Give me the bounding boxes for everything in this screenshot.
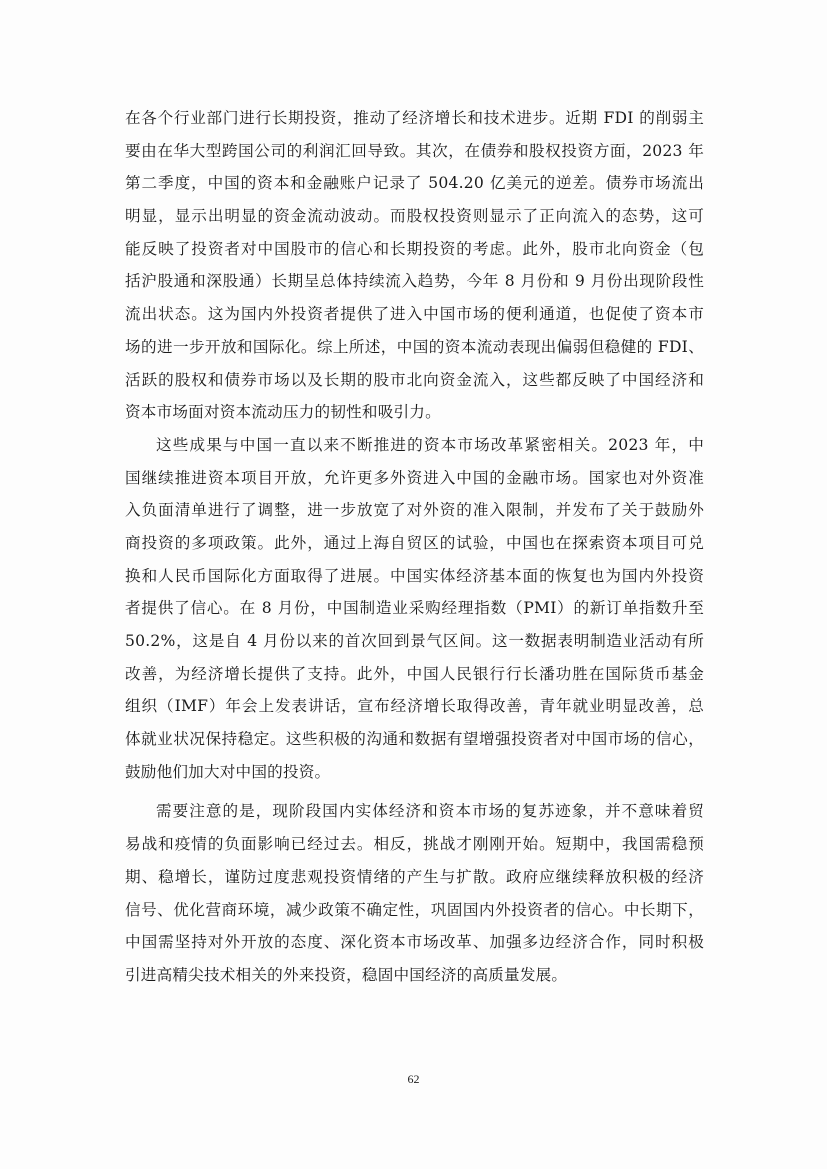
text-line: 者提供了信心。在 8 月份，中国制造业采购经理指数（PMI）的新订单指数升至 — [125, 592, 704, 625]
text-line: 场的进一步开放和国际化。综上所述，中国的资本流动表现出偏弱但稳健的 FDI、 — [125, 331, 704, 364]
text-line: 在各个行业部门进行长期投资，推动了经济增长和技术进步。近期 FDI 的削弱主 — [125, 102, 704, 135]
text-line: 入负面清单进行了调整，进一步放宽了对外资的准入限制，并发布了关于鼓励外 — [125, 494, 704, 527]
text-line: 改善，为经济增长提供了支持。此外，中国人民银行行长潘功胜在国际货币基金 — [125, 658, 704, 691]
text-line: 资本市场面对资本流动压力的韧性和吸引力。 — [125, 396, 704, 429]
text-line: 组织（IMF）年会上发表讲话，宣布经济增长取得改善，青年就业明显改善，总 — [125, 690, 704, 723]
text-line: 鼓励他们加大对中国的投资。 — [125, 756, 704, 789]
body-text: 在各个行业部门进行长期投资，推动了经济增长和技术进步。近期 FDI 的削弱主 要… — [125, 102, 704, 992]
text-line: 商投资的多项政策。此外，通过上海自贸区的试验，中国也在探索资本项目可兑 — [125, 527, 704, 560]
text-line: 信号、优化营商环境，减少政策不确定性，巩固国内外投资者的信心。中长期下， — [125, 894, 704, 927]
text-line: 换和人民币国际化方面取得了进展。中国实体经济基本面的恢复也为国内外投资 — [125, 560, 704, 593]
text-line: 能反映了投资者对中国股市的信心和长期投资的考虑。此外，股市北向资金（包 — [125, 233, 704, 266]
text-line: 第二季度，中国的资本和金融账户记录了 504.20 亿美元的逆差。债券市场流出 — [125, 167, 704, 200]
text-line: 活跃的股权和债券市场以及长期的股市北向资金流入，这些都反映了中国经济和 — [125, 364, 704, 397]
text-line: 期、稳增长，谨防过度悲观投资情绪的产生与扩散。政府应继续释放积极的经济 — [125, 861, 704, 894]
page-number: 62 — [0, 1072, 827, 1087]
text-line: 明显，显示出明显的资金流动波动。而股权投资则显示了正向流入的态势，这可 — [125, 200, 704, 233]
text-line: 需要注意的是，现阶段国内实体经济和资本市场的复苏迹象，并不意味着贸 — [125, 795, 704, 828]
text-line: 流出状态。这为国内外投资者提供了进入中国市场的便利通道，也促使了资本市 — [125, 298, 704, 331]
text-line: 国继续推进资本项目开放，允许更多外资进入中国的金融市场。国家也对外资准 — [125, 462, 704, 495]
text-line: 体就业状况保持稳定。这些积极的沟通和数据有望增强投资者对中国市场的信心， — [125, 723, 704, 756]
text-line: 50.2%，这是自 4 月份以来的首次回到景气区间。这一数据表明制造业活动有所 — [125, 625, 704, 658]
paragraph-market-reform: 这些成果与中国一直以来不断推进的资本市场改革紧密相关。2023 年，中 国继续推… — [125, 429, 704, 789]
text-line: 这些成果与中国一直以来不断推进的资本市场改革紧密相关。2023 年，中 — [125, 429, 704, 462]
paragraph-capital-flows: 在各个行业部门进行长期投资，推动了经济增长和技术进步。近期 FDI 的削弱主 要… — [125, 102, 704, 429]
text-line: 引进高精尖技术相关的外来投资，稳固中国经济的高质量发展。 — [125, 959, 704, 992]
text-line: 括沪股通和深股通）长期呈总体持续流入趋势，今年 8 月份和 9 月份出现阶段性 — [125, 265, 704, 298]
document-page: 在各个行业部门进行长期投资，推动了经济增长和技术进步。近期 FDI 的削弱主 要… — [0, 0, 827, 1169]
text-line: 易战和疫情的负面影响已经过去。相反，挑战才刚刚开始。短期中，我国需稳预 — [125, 828, 704, 861]
paragraph-outlook: 需要注意的是，现阶段国内实体经济和资本市场的复苏迹象，并不意味着贸 易战和疫情的… — [125, 795, 704, 991]
text-line: 要由在华大型跨国公司的利润汇回导致。其次，在债券和股权投资方面，2023 年 — [125, 135, 704, 168]
text-line: 中国需坚持对外开放的态度、深化资本市场改革、加强多边经济合作，同时积极 — [125, 926, 704, 959]
